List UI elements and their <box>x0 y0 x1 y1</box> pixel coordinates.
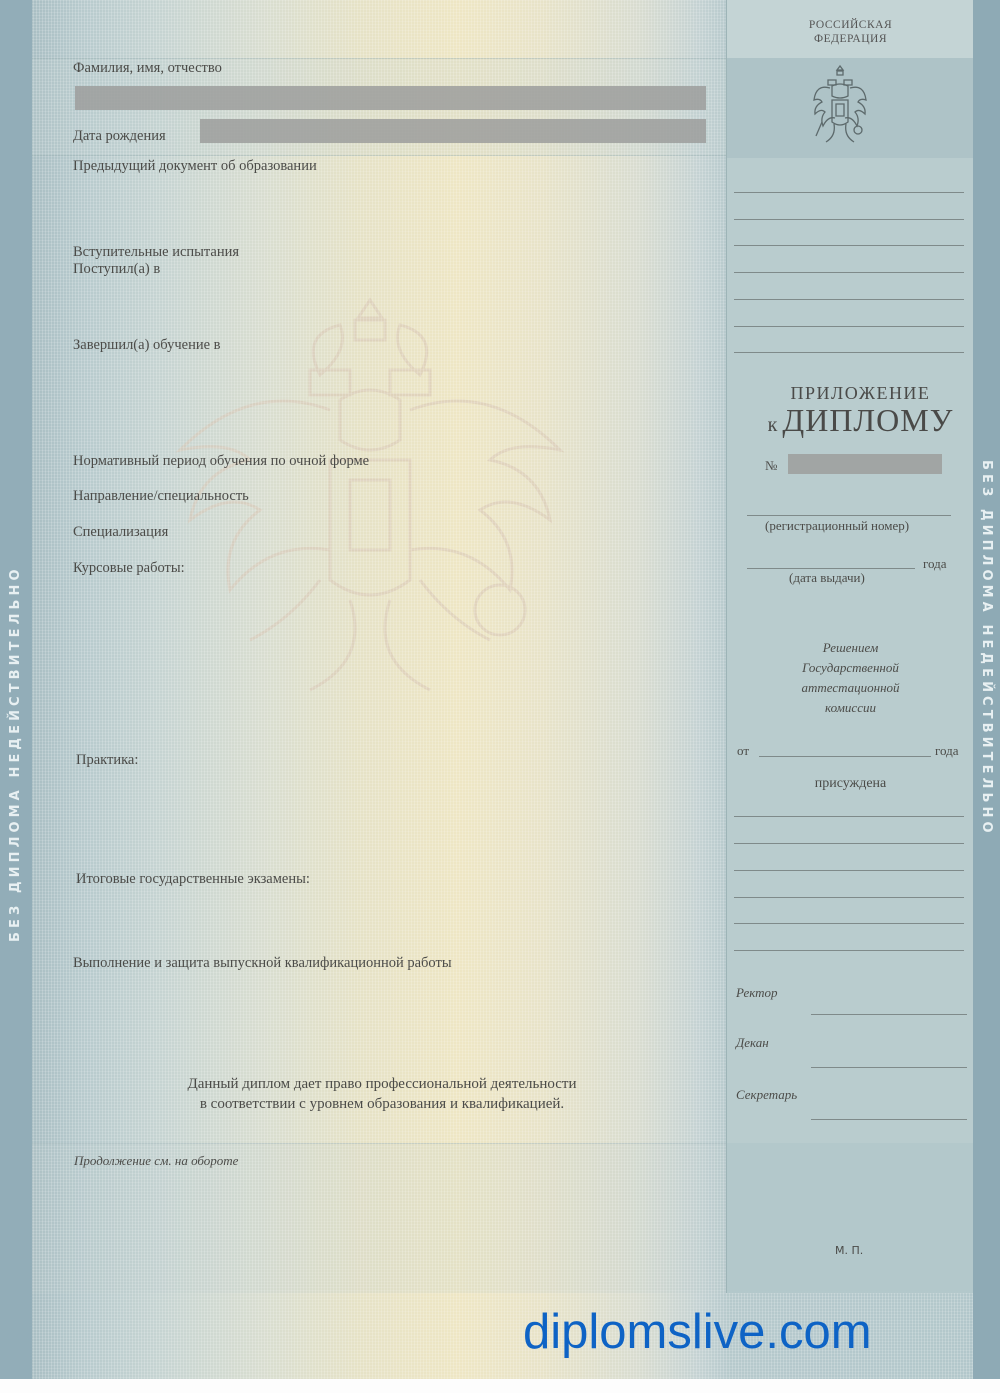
enrolled-label: Поступил(а) в <box>73 261 160 278</box>
practice-label: Практика: <box>76 752 138 769</box>
decision-date-line <box>759 756 931 757</box>
previous-document-label: Предыдущий документ об образовании <box>73 158 317 175</box>
site-watermark: diplomslive.com <box>523 1304 872 1360</box>
rights-note: Данный диплом дает право профессионально… <box>72 1074 692 1114</box>
rector-signature-line <box>811 1014 967 1015</box>
secretary-label: Секретарь <box>736 1087 797 1103</box>
thesis-label: Выполнение и защита выпускной квалификац… <box>73 955 452 972</box>
decision-line4: комиссии <box>727 700 974 716</box>
country-line2: ФЕДЕРАЦИЯ <box>727 32 974 46</box>
issue-date-caption: (дата выдачи) <box>789 570 865 586</box>
birth-date-redacted-field <box>200 119 706 143</box>
diploma-supplement-page: БЕЗ ДИПЛОМА НЕДЕЙСТВИТЕЛЬНО Фамилия, имя… <box>0 0 1000 1393</box>
blank-line <box>734 299 964 300</box>
page-bottom-margin <box>0 1379 1000 1393</box>
decision-year-suffix: года <box>935 743 959 759</box>
continuation-note: Продолжение см. на обороте <box>74 1153 238 1169</box>
completed-label: Завершил(а) обучение в <box>73 337 221 354</box>
blank-line <box>734 870 964 871</box>
heading-prefix: к <box>768 414 779 436</box>
full-name-label: Фамилия, имя, отчество <box>73 60 222 77</box>
birth-date-label: Дата рождения <box>73 128 166 145</box>
full-name-redacted-field <box>75 86 706 110</box>
specialization-label: Специализация <box>73 524 168 541</box>
double-headed-eagle-icon <box>812 64 868 154</box>
decision-line2: Государственной <box>727 660 974 676</box>
blank-line <box>734 843 964 844</box>
right-strip-text: БЕЗ ДИПЛОМА НЕДЕЙСТВИТЕЛЬНО <box>975 460 997 837</box>
number-sign: № <box>765 458 777 474</box>
left-security-strip: БЕЗ ДИПЛОМА НЕДЕЙСТВИТЕЛЬНО <box>0 0 32 1393</box>
dean-signature-line <box>811 1067 967 1068</box>
reg-number-line <box>747 515 951 516</box>
right-security-strip: БЕЗ ДИПЛОМА НЕДЕЙСТВИТЕЛЬНО <box>973 0 1000 1393</box>
decision-line3: аттестационной <box>727 680 974 696</box>
seal-area <box>727 1143 974 1293</box>
reg-number-caption: (регистрационный номер) <box>765 518 909 534</box>
blank-line <box>734 950 964 951</box>
rights-note-line1: Данный диплом дает право профессионально… <box>72 1074 692 1094</box>
blank-line <box>734 272 964 273</box>
awarded-label: присуждена <box>727 776 974 792</box>
blank-line <box>734 897 964 898</box>
document-number-redacted-field <box>788 454 942 474</box>
secretary-signature-line <box>811 1119 967 1120</box>
issue-date-line <box>747 568 915 569</box>
blank-line <box>734 923 964 924</box>
blank-line <box>734 816 964 817</box>
seal-label: М. П. <box>835 1244 863 1257</box>
normative-period-label: Нормативный период обучения по очной фор… <box>73 453 369 470</box>
issue-date-year-suffix: года <box>923 556 947 572</box>
left-strip-text: БЕЗ ДИПЛОМА НЕДЕЙСТВИТЕЛЬНО <box>4 918 464 942</box>
heading-line1: ПРИЛОЖЕНИЕ <box>727 383 974 404</box>
right-panel: РОССИЙСКАЯ ФЕДЕРАЦИЯ ПРИЛОЖЕНИЕ <box>726 0 973 1293</box>
blank-line <box>734 326 964 327</box>
blank-line <box>734 219 964 220</box>
decision-line1: Решением <box>727 640 974 656</box>
blank-line <box>734 245 964 246</box>
direction-label: Направление/специальность <box>73 488 249 505</box>
heading-main: ДИПЛОМУ <box>782 402 953 438</box>
country-line1: РОССИЙСКАЯ <box>727 18 974 32</box>
dean-label: Декан <box>736 1035 769 1051</box>
rector-label: Ректор <box>736 985 778 1001</box>
entrance-exams-label: Вступительные испытания <box>73 244 239 261</box>
blank-line <box>734 352 964 353</box>
blank-line <box>734 192 964 193</box>
heading-line2: к ДИПЛОМУ <box>747 402 974 439</box>
coursework-label: Курсовые работы: <box>73 560 185 577</box>
from-label: от <box>737 743 749 759</box>
final-exams-label: Итоговые государственные экзамены: <box>76 871 310 888</box>
rights-note-line2: в соответствии с уровнем образования и к… <box>72 1094 692 1114</box>
